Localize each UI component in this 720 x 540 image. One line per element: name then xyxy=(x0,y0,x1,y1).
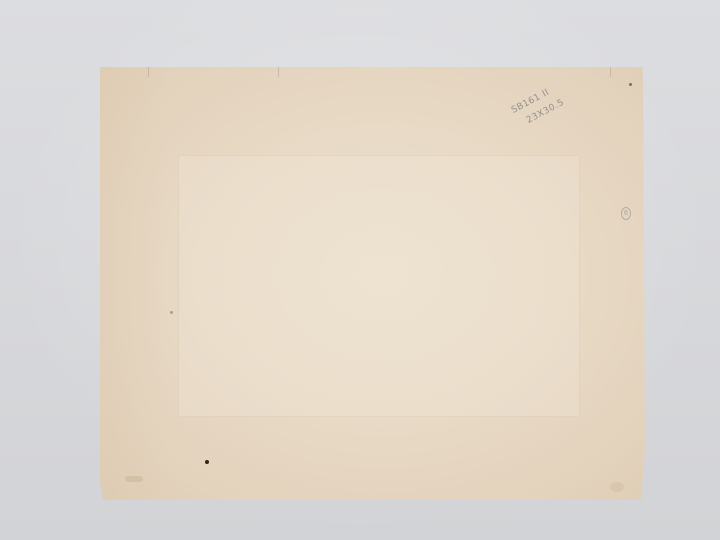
paper-stain xyxy=(610,482,624,492)
edge-crease xyxy=(610,67,611,77)
paper-edge-discoloration xyxy=(100,67,168,500)
dark-spot xyxy=(205,460,209,464)
plate-mark-impression xyxy=(178,155,580,417)
faint-smudge xyxy=(125,476,143,482)
edge-crease xyxy=(148,67,149,77)
paper-speck xyxy=(170,311,173,314)
paper-sheet: SB161 II 23X30.5 6 xyxy=(100,67,645,500)
edge-crease xyxy=(278,67,279,77)
paper-speck xyxy=(629,83,632,86)
circled-pencil-mark: 6 xyxy=(621,207,631,220)
